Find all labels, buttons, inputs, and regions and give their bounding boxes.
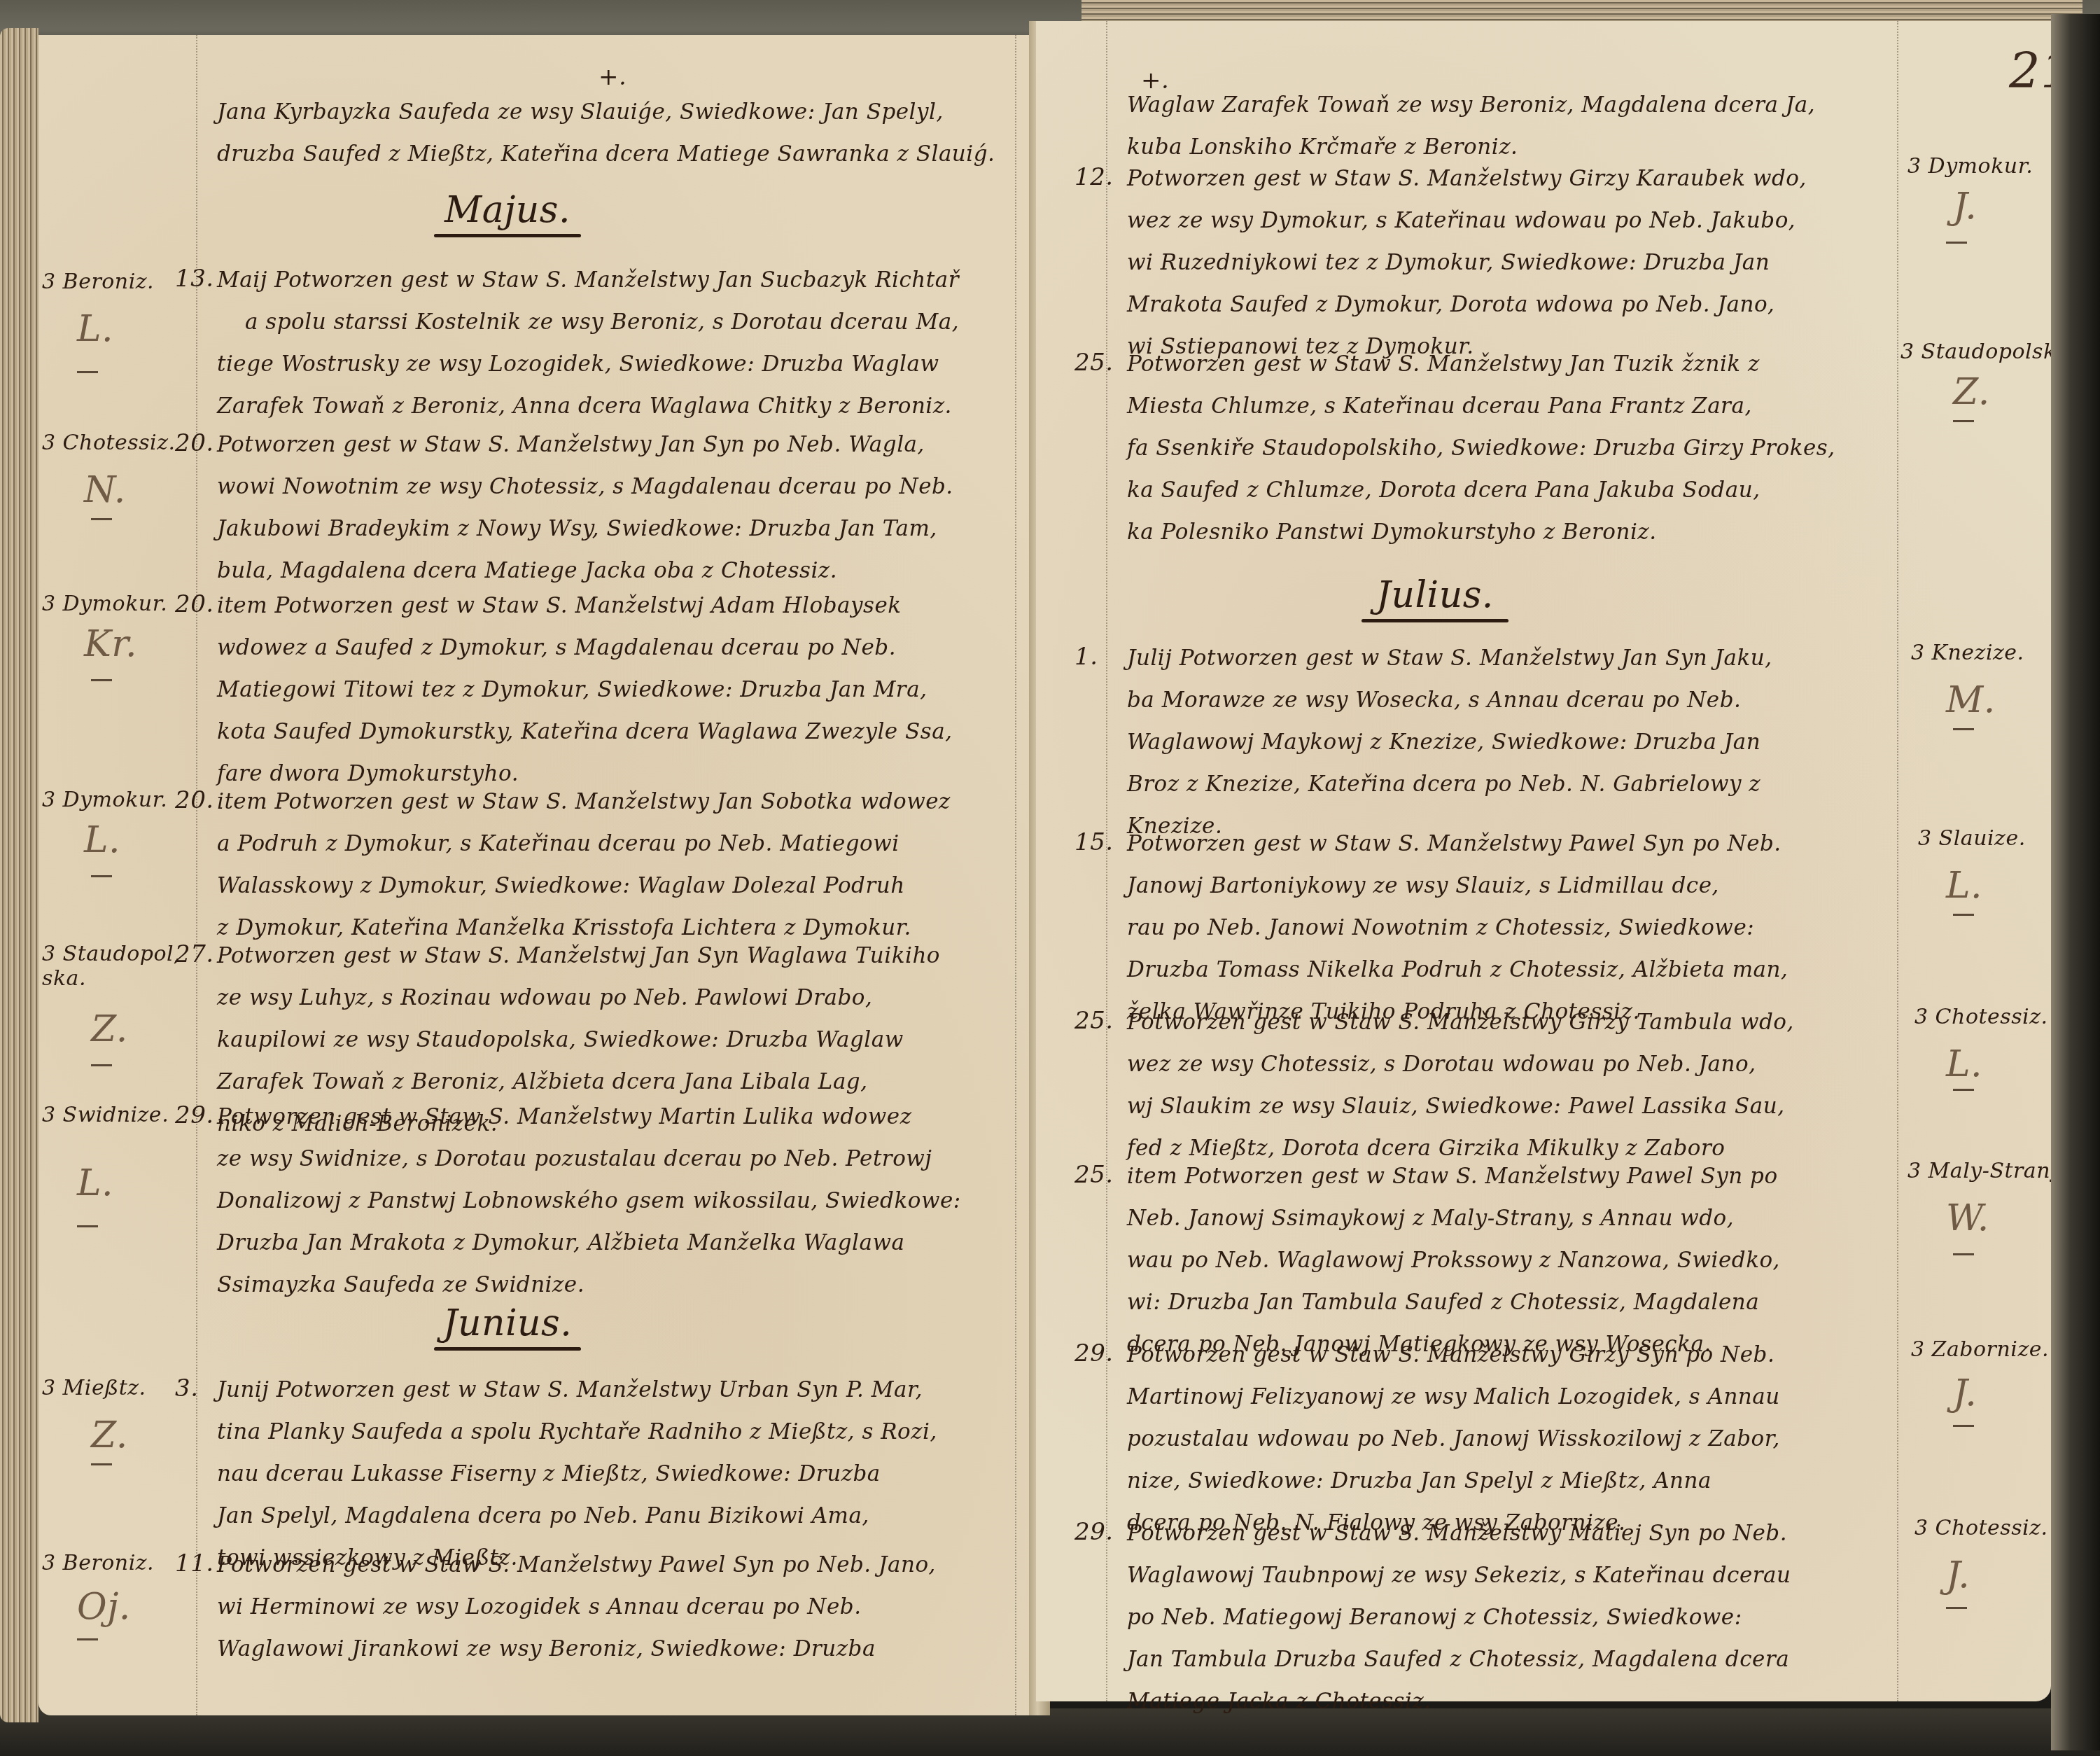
margin-village: 3 Staudopolska. <box>1900 340 2076 364</box>
margin-village: 3 Dymokur. <box>42 788 167 812</box>
margin-village: 3 Chotessiz. <box>42 431 176 455</box>
register-entry: 20. Potworzen gest w Staw S. Manželstwy … <box>217 424 953 592</box>
margin-dash <box>1953 914 1974 916</box>
month-heading-junius: Junius. <box>416 1302 598 1351</box>
margin-initial: J. <box>1946 1554 1970 1596</box>
month-heading-majus: Majus. <box>416 189 598 237</box>
continuation-text: Jana Kyrbayzka Saufeda ze wsy Slauiǵe, S… <box>217 91 995 175</box>
margin-initial: L. <box>1946 865 1982 907</box>
left-page: +. Jana Kyrbayzka Saufeda ze wsy Slauiǵe… <box>38 35 1032 1715</box>
margin-initial: L. <box>84 819 120 861</box>
margin-initial: J. <box>1953 186 1977 228</box>
margin-village: 3 Staudopol, ska. <box>42 942 182 991</box>
margin-dash <box>1953 1253 1974 1255</box>
margin-dash <box>91 1064 112 1066</box>
register-entry: 29. Potworzen gest w Staw S. Manželstwy … <box>1127 1512 1791 1722</box>
margin-village: 3 Maly-Strany. <box>1907 1159 2067 1183</box>
margin-initial: L. <box>77 308 113 350</box>
margin-rule <box>1015 35 1016 1715</box>
margin-dash <box>91 875 112 877</box>
margin-dash <box>1953 420 1974 422</box>
continuation-text: Waglaw Zarafek Towaň ze wsy Beroniz, Mag… <box>1127 84 1815 168</box>
margin-dash <box>1953 1425 1974 1427</box>
margin-dash <box>1946 1607 1967 1609</box>
margin-initial: L. <box>77 1162 113 1204</box>
register-entry: 20. item Potworzen gest w Staw S. Manžel… <box>217 585 953 795</box>
register-entry: 20. item Potworzen gest w Staw S. Manžel… <box>217 781 951 949</box>
margin-dash <box>77 1638 98 1640</box>
margin-rule <box>1106 21 1107 1701</box>
margin-initial: Kr. <box>84 623 137 665</box>
margin-dash <box>91 518 112 520</box>
register-entry: 13. Maij Potworzen gest w Staw S. Manžel… <box>217 259 959 427</box>
margin-village: 3 Zabornize. <box>1911 1337 2049 1362</box>
margin-village: 3 Chotessiz. <box>1914 1516 2048 1540</box>
margin-initial: N. <box>84 469 126 511</box>
register-entry: 25. Potworzen gest w Staw S. Manželstwy … <box>1127 1001 1794 1169</box>
margin-village: 3 Mießtz. <box>42 1376 146 1400</box>
margin-initial: M. <box>1946 679 1996 721</box>
margin-initial: J. <box>1953 1372 1977 1414</box>
register-entry: 25. Potworzen gest w Staw S. Manželstwy … <box>1127 343 1835 553</box>
margin-village: 3 Knezize. <box>1911 641 2024 665</box>
page-edges-left <box>0 28 38 1722</box>
margin-village: 3 Swidnize. <box>42 1103 169 1127</box>
margin-dash <box>1953 728 1974 730</box>
margin-village: 3 Dymokur. <box>1907 154 2033 179</box>
margin-initial: Z. <box>1953 371 1990 413</box>
book-cover-right-edge <box>2051 14 2100 1750</box>
margin-village: 3 Dymokur. <box>42 592 167 616</box>
month-heading-julius: Julius. <box>1344 574 1526 622</box>
register-entry: 29. Potworzen gest w Staw S. Manželstwy … <box>217 1096 961 1306</box>
margin-village: 3 Slauize. <box>1918 826 2026 851</box>
margin-village: 3 Beroniz. <box>42 270 154 294</box>
margin-initial: Z. <box>91 1008 128 1050</box>
margin-village: 3 Beroniz. <box>42 1551 154 1575</box>
margin-initial: L. <box>1946 1043 1982 1085</box>
margin-dash <box>77 371 98 373</box>
top-cross-mark: +. <box>598 63 626 91</box>
register-entry: 1. Julij Potworzen gest w Staw S. Manžel… <box>1127 637 1772 847</box>
margin-rule <box>1897 21 1898 1701</box>
margin-dash <box>1946 242 1967 244</box>
margin-dash <box>1953 1089 1974 1091</box>
margin-initial: W. <box>1946 1197 1989 1239</box>
margin-dash <box>91 1463 112 1465</box>
register-entry: 12. Potworzen gest w Staw S. Manželstwy … <box>1127 158 1807 368</box>
margin-dash <box>91 679 112 681</box>
margin-initial: Z. <box>91 1414 128 1456</box>
margin-dash <box>77 1225 98 1227</box>
register-entry: 11. Potworzen gest w Staw S. Manželstwy … <box>217 1544 936 1670</box>
right-page: +. 21. Waglaw Zarafek Towaň ze wsy Beron… <box>1036 21 2051 1701</box>
margin-village: 3 Chotessiz. <box>1914 1005 2048 1029</box>
margin-initial: Oj. <box>77 1586 131 1628</box>
